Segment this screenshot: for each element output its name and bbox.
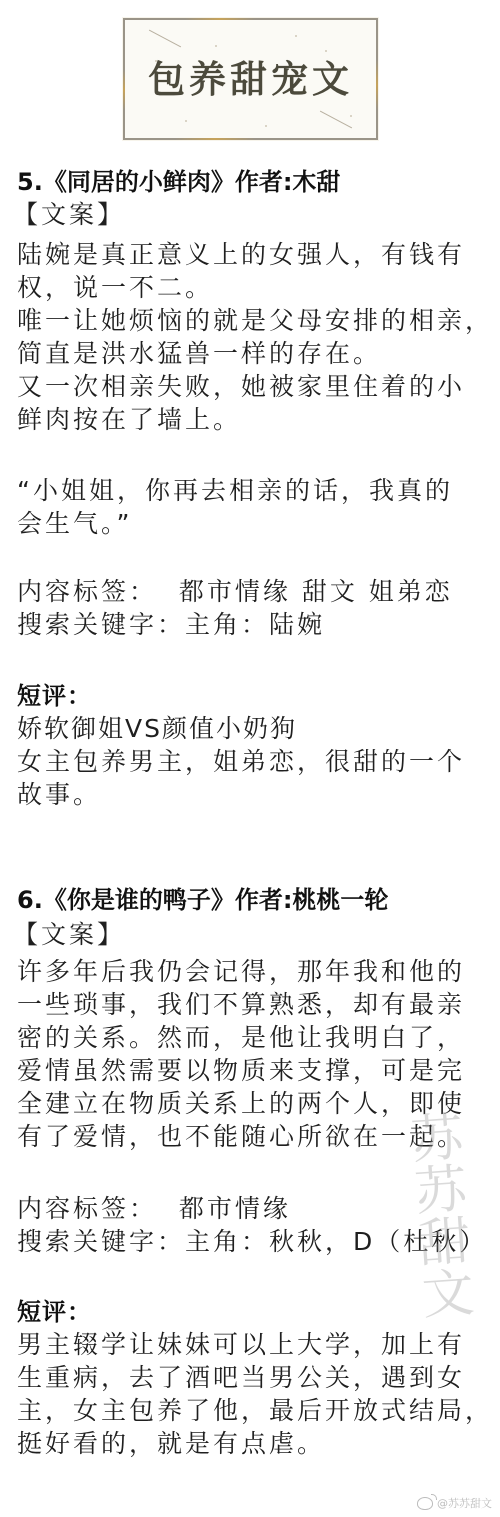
- page-title: 包养甜宠文: [125, 58, 376, 102]
- blurb-line: “小姐姐，你再去相亲的话，我真的: [17, 474, 453, 507]
- blurb-label: 【文案】: [13, 198, 125, 231]
- review-line: 故事。: [17, 778, 101, 811]
- content-tags: 内容标签： 都市情缘 甜文 姐弟恋: [17, 575, 453, 608]
- frame-speck: [350, 115, 352, 117]
- blurb-line: 又一次相亲失败，她被家里住着的小: [17, 370, 465, 403]
- weibo-handle: @苏苏甜文: [437, 1495, 492, 1511]
- blurb-line: 全建立在物质关系上的两个人，即使: [17, 1087, 465, 1120]
- review-line: 挺好看的，就是有点虐。: [17, 1427, 325, 1460]
- review-label: 短评：: [17, 1296, 92, 1329]
- weibo-logo-icon: [417, 1497, 433, 1510]
- frame-speck: [215, 45, 217, 47]
- blurb-line: 密的关系。然而，是他让我明白了，: [17, 1021, 465, 1054]
- blurb-line: 有了爱情，也不能随心所欲在一起。: [17, 1120, 465, 1153]
- review-line: 主，女主包养了他，最后开放式结局，: [17, 1394, 493, 1427]
- blurb-line: 陆婉是真正意义上的女强人，有钱有: [17, 238, 465, 271]
- review-line: 女主包养男主，姐弟恋，很甜的一个: [17, 745, 465, 778]
- frame-speck: [325, 50, 327, 52]
- blurb-line: 简直是洪水猛兽一样的存在。: [17, 337, 381, 370]
- blurb-line: 鲜肉按在了墙上。: [17, 403, 241, 436]
- blurb-line: 一些琐事，我们不算熟悉，却有最亲: [17, 988, 465, 1021]
- blurb-line: 权，说一不二。: [17, 271, 213, 304]
- frame-speck: [185, 120, 187, 122]
- frame-gold-accent-right: [376, 60, 378, 110]
- blurb-line: 唯一让她烦恼的就是父母安排的相亲，: [17, 304, 493, 337]
- content-tags: 内容标签： 都市情缘: [17, 1192, 291, 1225]
- book-heading: 6.《你是谁的鸭子》作者:桃桃一轮: [17, 884, 388, 917]
- blurb-label: 【文案】: [13, 918, 125, 951]
- frame-gold-accent-bottom: [175, 138, 255, 140]
- review-label: 短评：: [17, 680, 92, 713]
- weibo-watermark: @苏苏甜文: [417, 1495, 492, 1511]
- search-keywords: 搜索关键字：主角：秋秋，D（杜秋）: [17, 1225, 487, 1258]
- book-heading: 5.《同居的小鲜肉》作者:木甜: [17, 166, 340, 199]
- blurb-line: 会生气。”: [17, 507, 132, 540]
- header-banner: 包养甜宠文: [123, 18, 378, 140]
- blurb-line: 爱情虽然需要以物质来支撑，可是完: [17, 1054, 465, 1087]
- review-line: 娇软御姐VS颜值小奶狗: [17, 712, 297, 745]
- blurb-line: 许多年后我仍会记得，那年我和他的: [17, 955, 465, 988]
- frame-speck: [295, 35, 297, 37]
- review-line: 生重病，去了酒吧当男公关，遇到女: [17, 1361, 465, 1394]
- search-keywords: 搜索关键字：主角：陆婉: [17, 608, 325, 641]
- review-line: 男主辍学让妹妹可以上大学，加上有: [17, 1328, 465, 1361]
- frame-gold-accent-top: [185, 18, 255, 20]
- frame-speck: [265, 125, 267, 127]
